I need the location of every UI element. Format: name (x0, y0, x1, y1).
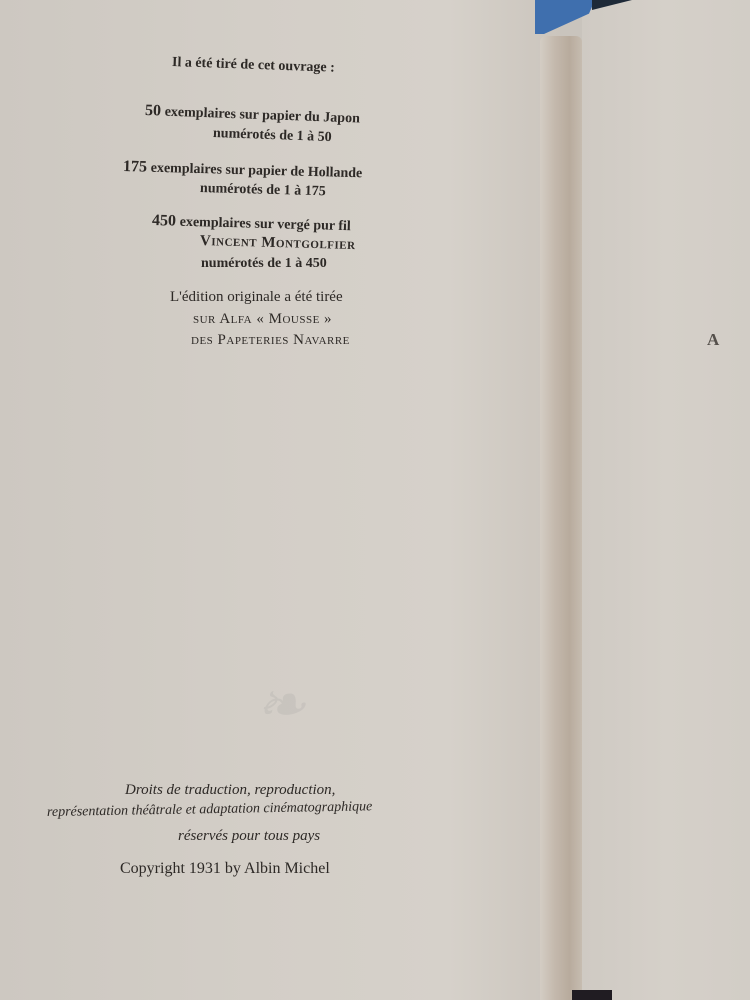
edition-2-numbering: numérotés de 1 à 175 (200, 178, 326, 202)
dark-bottom-edge (572, 990, 612, 1000)
edition-3-count: 450 (152, 212, 176, 230)
original-edition-line1: L'édition originale a été tirée (170, 287, 343, 308)
copyright-line: Copyright 1931 by Albin Michel (120, 858, 330, 879)
edition-1-count: 50 (145, 102, 162, 120)
book-gutter (540, 36, 582, 1000)
left-page (0, 0, 560, 1000)
edition-2-count: 175 (123, 158, 147, 176)
right-page (582, 0, 750, 1000)
original-edition-line3: des Papeteries Navarre (191, 330, 350, 351)
edition-3-numbering: numérotés de 1 à 450 (201, 253, 327, 274)
edition-2-paper: exemplaires sur papier de Hollande (151, 161, 363, 182)
rights-line3: réservés pour tous pays (178, 826, 320, 847)
original-edition-line2: sur Alfa « Mousse » (193, 309, 332, 330)
right-page-letter: A (707, 330, 719, 350)
edition-1-paper: exemplaires sur papier du Japon (164, 105, 360, 127)
paper-watermark: ❧ (255, 670, 305, 740)
edition-1-numbering: numérotés de 1 à 50 (213, 123, 332, 148)
